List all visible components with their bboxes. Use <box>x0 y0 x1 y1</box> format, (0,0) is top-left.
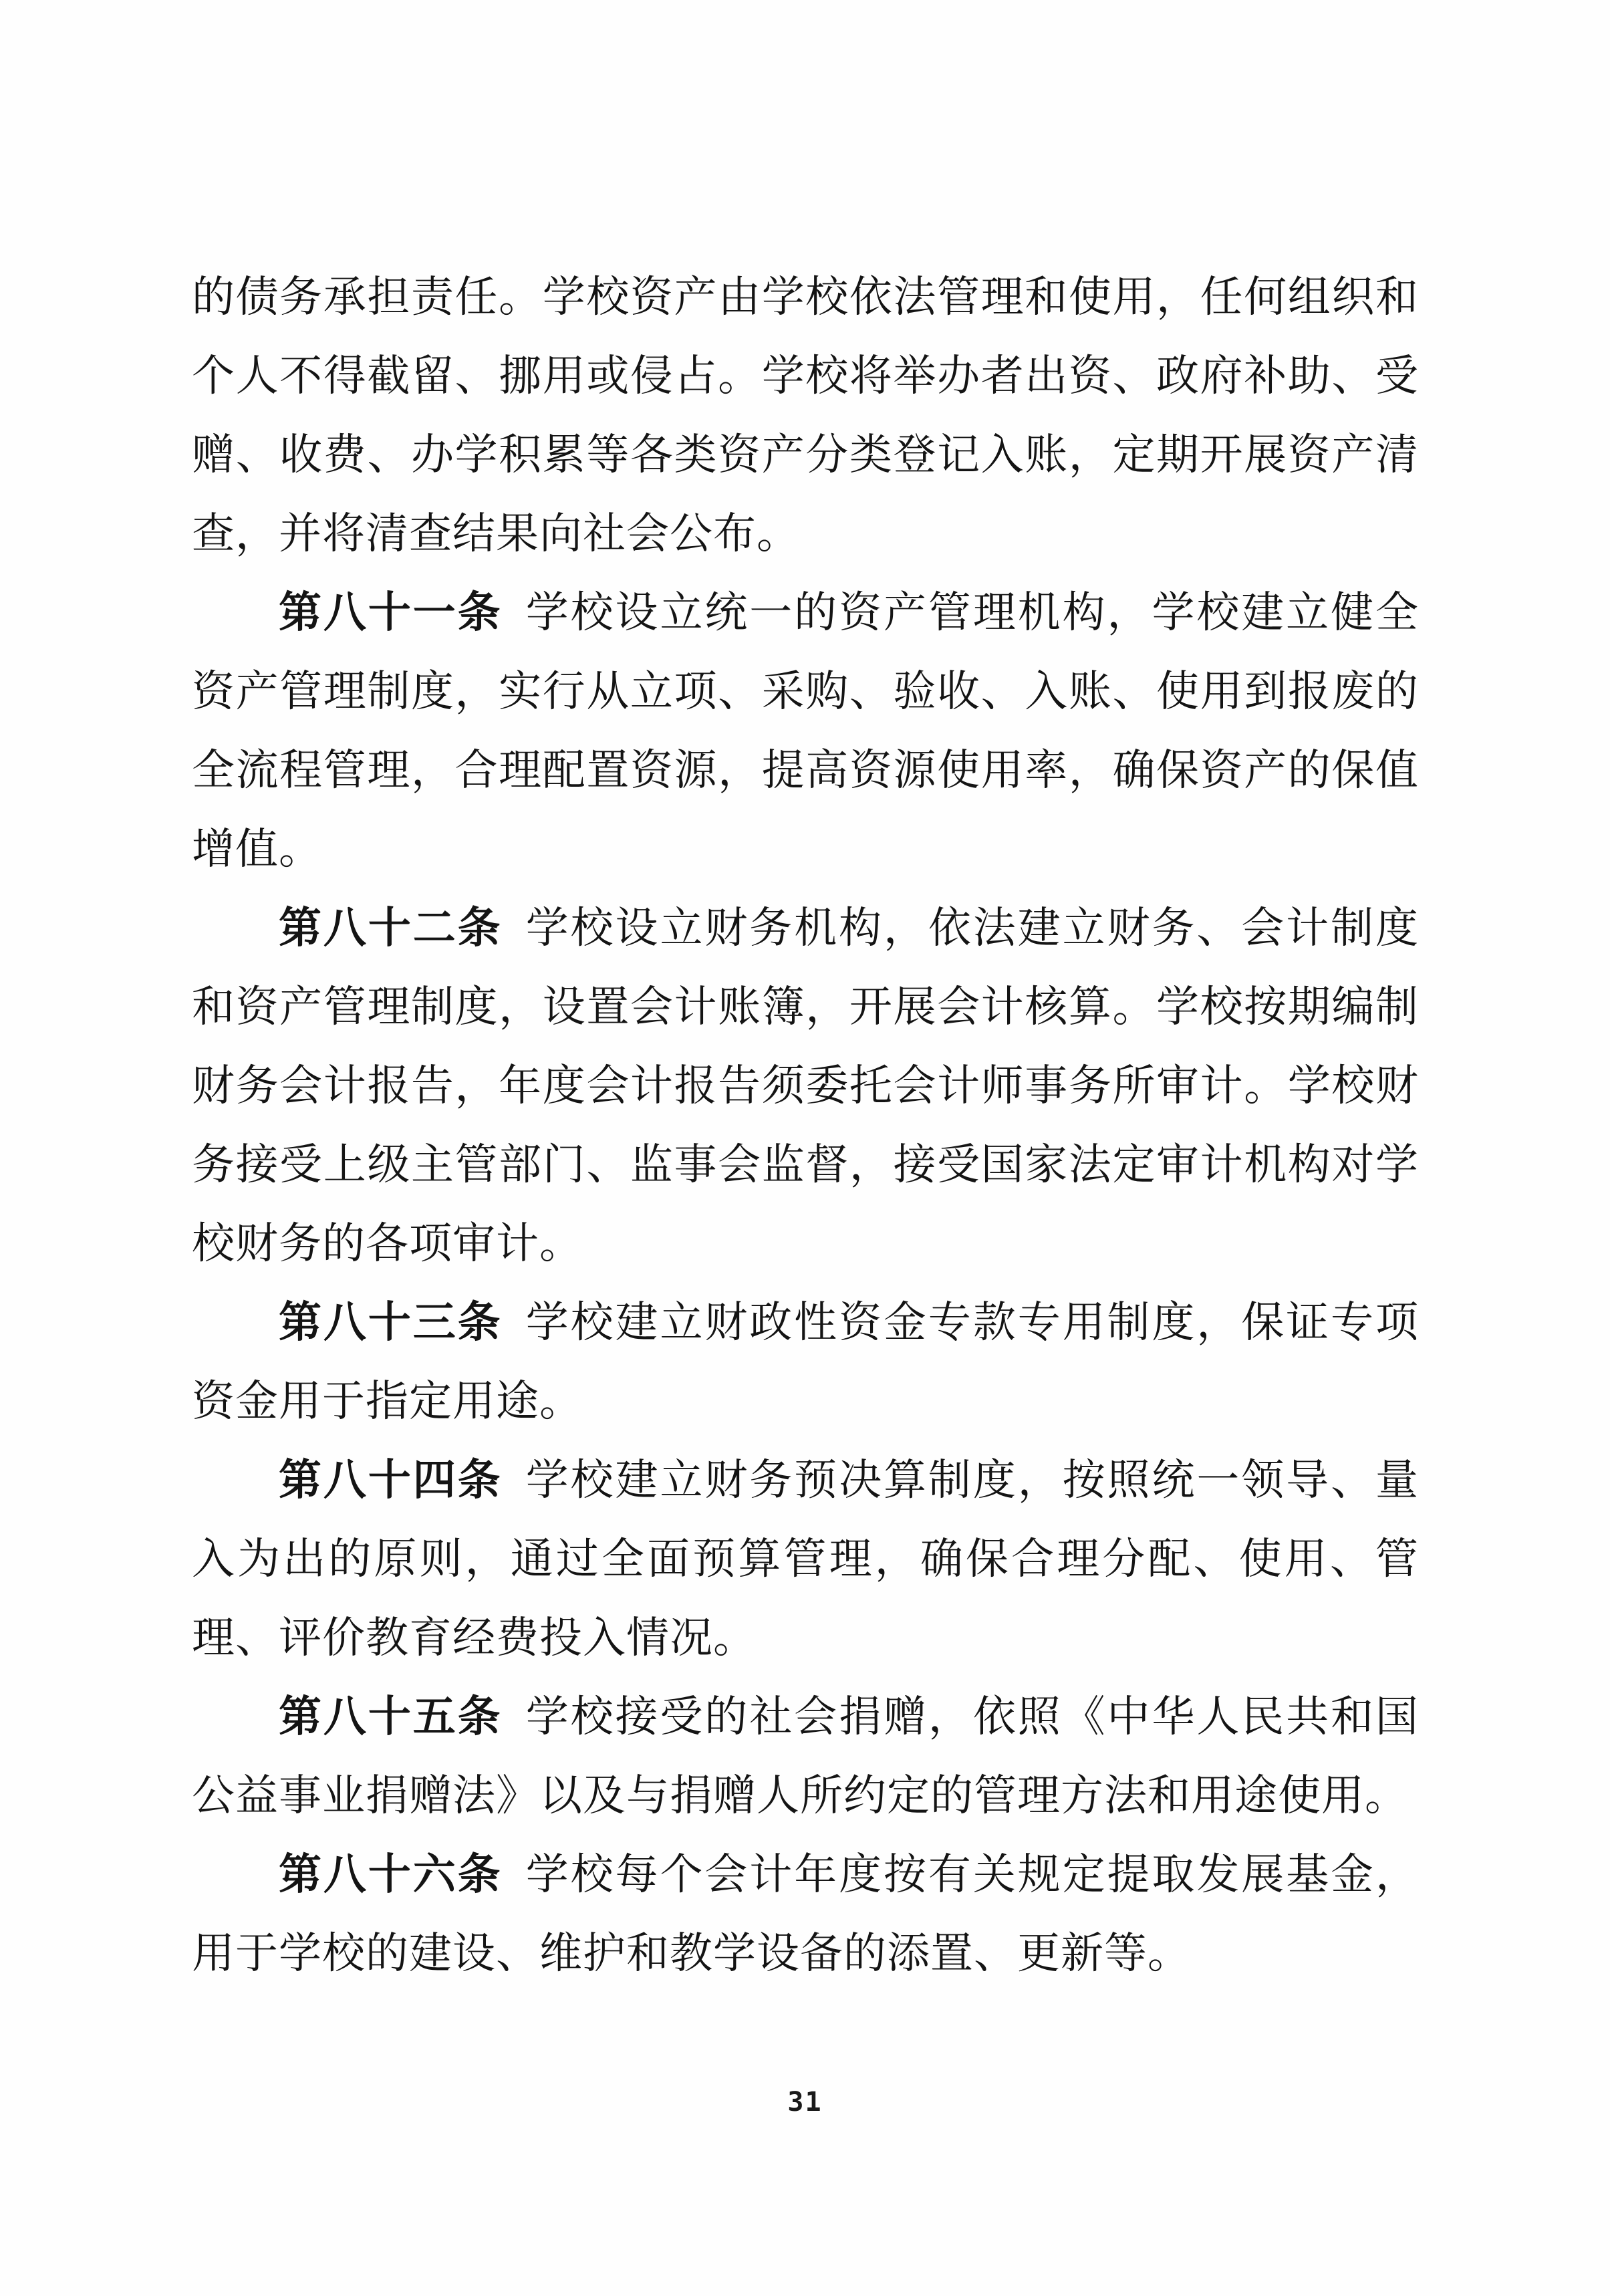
article-number: 第八十三条 <box>279 1299 503 1346</box>
paragraph-text: 的债务承担责任。学校资产由学校依法管理和使用，任何组织和个人不得截留、挪用或侵占… <box>192 273 1419 557</box>
paragraph-article-83: 第八十三条学校建立财政性资金专款专用制度，保证专项资金用于指定用途。 <box>192 1283 1419 1441</box>
page-footer: 31 <box>0 2087 1610 2118</box>
page-number: 31 <box>787 2087 822 2118</box>
article-number: 第八十五条 <box>279 1693 503 1741</box>
document-body: 的债务承担责任。学校资产由学校依法管理和使用，任何组织和个人不得截留、挪用或侵占… <box>192 258 1419 1993</box>
article-number: 第八十一条 <box>279 589 503 636</box>
paragraph-article-86: 第八十六条学校每个会计年度按有关规定提取发展基金，用于学校的建设、维护和教学设备… <box>192 1835 1419 1993</box>
paragraph-article-82: 第八十二条学校设立财务机构，依法建立财务、会计制度和资产管理制度，设置会计账簿，… <box>192 889 1419 1283</box>
paragraph-article-85: 第八十五条学校接受的社会捐赠，依照《中华人民共和国公益事业捐赠法》以及与捐赠人所… <box>192 1678 1419 1835</box>
paragraph-article-84: 第八十四条学校建立财务预决算制度，按照统一领导、量入为出的原则，通过全面预算管理… <box>192 1441 1419 1678</box>
article-text: 学校设立财务机构，依法建立财务、会计制度和资产管理制度，设置会计账簿，开展会计核… <box>192 904 1419 1267</box>
paragraph-continuation: 的债务承担责任。学校资产由学校依法管理和使用，任何组织和个人不得截留、挪用或侵占… <box>192 258 1419 573</box>
article-number: 第八十二条 <box>279 904 503 952</box>
paragraph-article-81: 第八十一条学校设立统一的资产管理机构，学校建立健全资产管理制度，实行从立项、采购… <box>192 573 1419 889</box>
document-page: 的债务承担责任。学校资产由学校依法管理和使用，任何组织和个人不得截留、挪用或侵占… <box>0 0 1610 2296</box>
article-number: 第八十六条 <box>279 1851 503 1898</box>
article-number: 第八十四条 <box>279 1456 503 1504</box>
